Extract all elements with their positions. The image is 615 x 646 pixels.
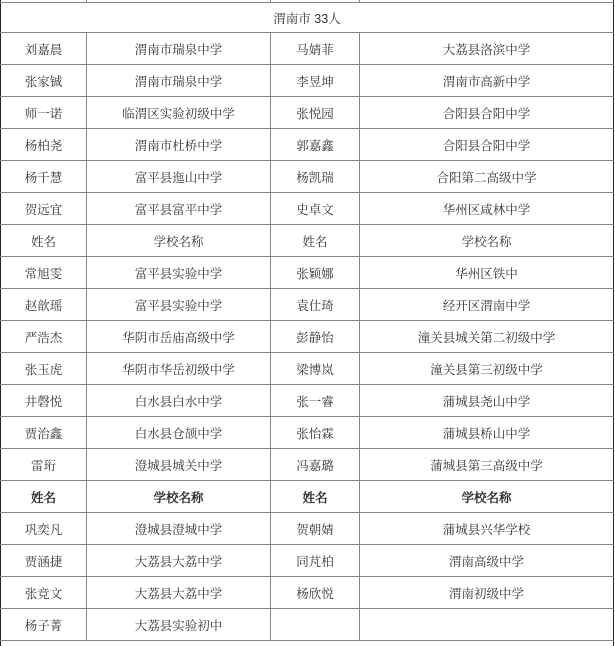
name-cell: 张竞文: [1, 577, 87, 609]
column-header-cell: 姓名: [271, 481, 360, 513]
school-cell: 蒲城县第三高级中学: [360, 449, 614, 481]
column-header-cell: 学校名称: [360, 481, 614, 513]
name-cell: 张怡霖: [271, 417, 360, 449]
name-cell: 张一睿: [271, 385, 360, 417]
school-cell: 华阴市岳庙高级中学: [87, 321, 271, 353]
school-cell: 富平县迤山中学: [87, 161, 271, 193]
column-header-row: 姓名学校名称姓名学校名称: [1, 225, 614, 257]
school-cell: 渭南市瑞泉中学: [87, 65, 271, 97]
table-body: 渭南市 33人刘嘉晨渭南市瑞泉中学马婧菲大荔县洛滨中学张家铖渭南市瑞泉中学李昱坤…: [1, 0, 614, 646]
name-cell: 师一诺: [1, 97, 87, 129]
school-cell: 渭南初级中学: [360, 577, 614, 609]
name-cell: 贺朝婧: [271, 513, 360, 545]
table-row: 张竞文大荔县大荔中学杨欣悦渭南初级中学: [1, 577, 614, 609]
name-cell: 李昱坤: [271, 65, 360, 97]
school-cell: 蒲城县桥山中学: [360, 417, 614, 449]
column-header-cell: 姓名: [1, 225, 87, 257]
school-cell: 蒲城县尧山中学: [360, 385, 614, 417]
name-cell: 刘嘉晨: [1, 33, 87, 65]
school-cell: [360, 609, 614, 641]
school-cell: 华州区咸林中学: [360, 193, 614, 225]
school-cell: 白水县仓颉中学: [87, 417, 271, 449]
name-cell: 张悦园: [271, 97, 360, 129]
column-header-row-bold: 姓名学校名称姓名学校名称: [1, 481, 614, 513]
table-row: 常旭雯富平县实验中学张颖娜华州区铁中: [1, 257, 614, 289]
name-cell: 杨柏尧: [1, 129, 87, 161]
school-cell: 富平县实验中学: [87, 289, 271, 321]
school-cell: 富平县富平中学: [87, 193, 271, 225]
name-cell: 张颖娜: [271, 257, 360, 289]
name-cell: 杨千慧: [1, 161, 87, 193]
name-cell: 袁仕琦: [271, 289, 360, 321]
school-cell: 蒲城县兴华学校: [360, 513, 614, 545]
name-cell: 杨凯瑞: [271, 161, 360, 193]
name-cell: 严浩杰: [1, 321, 87, 353]
name-cell: 梁博岚: [271, 353, 360, 385]
school-cell: 合阳县合阳中学: [360, 97, 614, 129]
table-row: 杨柏尧渭南市杜桥中学郭嘉鑫合阳县合阳中学: [1, 129, 614, 161]
table-row: 巩奕凡澄城县澄城中学贺朝婧蒲城县兴华学校: [1, 513, 614, 545]
table-row: 刘嘉晨渭南市瑞泉中学马婧菲大荔县洛滨中学: [1, 33, 614, 65]
name-cell: 常旭雯: [1, 257, 87, 289]
school-cell: 大荔县洛滨中学: [360, 33, 614, 65]
school-cell: 合阳第二高级中学: [360, 161, 614, 193]
name-cell: 贾涵捷: [1, 545, 87, 577]
school-cell: 渭南市瑞泉中学: [87, 33, 271, 65]
column-header-cell: 学校名称: [360, 225, 614, 257]
name-cell: 赵歆瑶: [1, 289, 87, 321]
city-header-row: 渭南市 33人: [1, 3, 614, 33]
student-school-table: 渭南市 33人刘嘉晨渭南市瑞泉中学马婧菲大荔县洛滨中学张家铖渭南市瑞泉中学李昱坤…: [0, 0, 614, 646]
school-cell: 潼关县城关第二初级中学: [360, 321, 614, 353]
school-cell: 经开区渭南中学: [360, 289, 614, 321]
name-cell: 杨欣悦: [271, 577, 360, 609]
column-header-cell: 姓名: [271, 225, 360, 257]
school-cell: 合阳县合阳中学: [360, 129, 614, 161]
table-row: 贾治鑫白水县仓颉中学张怡霖蒲城县桥山中学: [1, 417, 614, 449]
table-row: 杨子菁大荔县实验初中: [1, 609, 614, 641]
school-cell: 潼关县第三初级中学: [360, 353, 614, 385]
table-row: 师一诺临渭区实验初级中学张悦园合阳县合阳中学: [1, 97, 614, 129]
name-cell: 郭嘉鑫: [271, 129, 360, 161]
school-cell: 临渭区实验初级中学: [87, 97, 271, 129]
table-row: 张家铖渭南市瑞泉中学李昱坤渭南市高新中学: [1, 65, 614, 97]
partial-bottom-row: [1, 641, 614, 646]
school-cell: 大荔县大荔中学: [87, 577, 271, 609]
column-header-cell: 姓名: [1, 481, 87, 513]
school-cell: 渭南市高新中学: [360, 65, 614, 97]
column-header-cell: 学校名称: [87, 225, 271, 257]
name-cell: 彭静怡: [271, 321, 360, 353]
city-header: 渭南市 33人: [1, 3, 614, 33]
name-cell: 雷珩: [1, 449, 87, 481]
table-row: 贺远宜富平县富平中学史卓文华州区咸林中学: [1, 193, 614, 225]
school-cell: 澄城县城关中学: [87, 449, 271, 481]
name-cell: 张家铖: [1, 65, 87, 97]
name-cell: 冯嘉璐: [271, 449, 360, 481]
school-cell: 大荔县实验初中: [87, 609, 271, 641]
name-cell: 张玉虎: [1, 353, 87, 385]
name-cell: 马婧菲: [271, 33, 360, 65]
table-row: 井磬悦白水县白水中学张一睿蒲城县尧山中学: [1, 385, 614, 417]
table-row: 贾涵捷大荔县大荔中学同芃柏渭南高级中学: [1, 545, 614, 577]
school-cell: 澄城县澄城中学: [87, 513, 271, 545]
school-cell: 富平县实验中学: [87, 257, 271, 289]
name-cell: 巩奕凡: [1, 513, 87, 545]
school-cell: 华州区铁中: [360, 257, 614, 289]
school-cell: 白水县白水中学: [87, 385, 271, 417]
name-cell: 贾治鑫: [1, 417, 87, 449]
name-cell: 杨子菁: [1, 609, 87, 641]
partial-bottom-cell: [1, 641, 614, 646]
school-cell: 华阴市华岳初级中学: [87, 353, 271, 385]
table-row: 严浩杰华阴市岳庙高级中学彭静怡潼关县城关第二初级中学: [1, 321, 614, 353]
table-row: 雷珩澄城县城关中学冯嘉璐蒲城县第三高级中学: [1, 449, 614, 481]
table-row: 赵歆瑶富平县实验中学袁仕琦经开区渭南中学: [1, 289, 614, 321]
name-cell: 贺远宜: [1, 193, 87, 225]
name-cell: 史卓文: [271, 193, 360, 225]
school-cell: 大荔县大荔中学: [87, 545, 271, 577]
column-header-cell: 学校名称: [87, 481, 271, 513]
table-row: 杨千慧富平县迤山中学杨凯瑞合阳第二高级中学: [1, 161, 614, 193]
table-row: 张玉虎华阴市华岳初级中学梁博岚潼关县第三初级中学: [1, 353, 614, 385]
school-cell: 渭南市杜桥中学: [87, 129, 271, 161]
name-cell: 井磬悦: [1, 385, 87, 417]
name-cell: [271, 609, 360, 641]
school-cell: 渭南高级中学: [360, 545, 614, 577]
name-cell: 同芃柏: [271, 545, 360, 577]
